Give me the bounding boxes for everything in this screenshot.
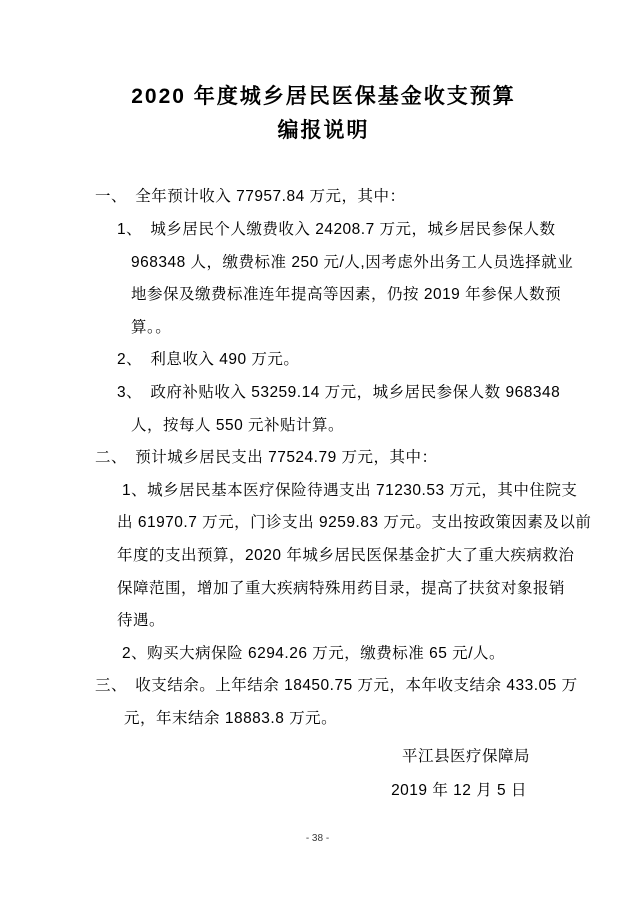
text-run: 、购买大病保险	[131, 645, 243, 662]
text-run: 、 政府补贴收入	[126, 384, 246, 401]
text-run: 968348	[501, 384, 561, 401]
text-run: 、城乡居民基本医疗保险待遇支出	[131, 482, 371, 499]
text-run: 元补贴计算。	[248, 417, 344, 434]
signature-date: 2019 年 12 月 5 日	[391, 782, 527, 799]
text-run: 5	[492, 782, 511, 799]
text-line: 人，按每人 550 元补贴计算。	[0, 410, 635, 443]
text-run: 二、 预计城乡居民支出	[95, 449, 263, 466]
text-run: 万元，缴费标准	[312, 645, 424, 662]
text-run: 18883.8	[220, 710, 289, 727]
text-line: 1、 城乡居民个人缴费收入 24208.7 万元，城乡居民参保人数	[0, 214, 635, 247]
text-run: 万元，城乡居民参保人数	[325, 384, 501, 401]
text-run: 人	[344, 254, 360, 271]
text-run: 人，按每人	[131, 417, 211, 434]
text-run: 2	[117, 351, 126, 368]
text-run: 12	[448, 782, 476, 799]
text-run: 三、 收支结余。上年结余	[95, 677, 279, 694]
text-run: 万元，其中：	[310, 188, 406, 205]
text-run: 万元，其中住院支	[449, 482, 577, 499]
document-title-line2: 编报说明	[12, 114, 635, 147]
text-run: 53259.14	[246, 384, 324, 401]
text-run: 年	[432, 782, 448, 799]
text-line: 二、 预计城乡居民支出 77524.79 万元，其中：	[0, 442, 635, 475]
text-run: 、 利息收入	[126, 351, 214, 368]
document-body: 一、 全年预计收入 77957.84 万元，其中：1、 城乡居民个人缴费收入 2…	[0, 181, 635, 735]
text-run: 2019	[419, 286, 465, 303]
text-run: 万元。支出按政策因素及以前	[383, 514, 591, 531]
text-run: 保障范围，增加了重大疾病特殊用药目录，提高了扶贫对象报销	[117, 580, 565, 597]
text-line: 1、城乡居民基本医疗保险待遇支出 71230.53 万元，其中住院支	[0, 475, 635, 508]
document-page: 2020 年度城乡居民医保基金收支预算 编报说明 一、 全年预计收入 77957…	[0, 0, 635, 898]
text-run: 9259.83	[314, 514, 383, 531]
document-title: 2020 年度城乡居民医保基金收支预算 编报说明	[0, 80, 635, 147]
text-run: 年城乡居民医保基金扩大了重大疾病救治	[286, 547, 574, 564]
text-run: 2020	[131, 85, 194, 108]
text-line: 968348 人，缴费标准 250 元/人,因考虑外出务工人员选择就业	[0, 247, 635, 280]
text-run: 平江县医疗保障局	[402, 748, 530, 765]
text-run: 元	[324, 254, 340, 271]
text-run: 18450.75	[279, 677, 357, 694]
text-line: 2、 利息收入 490 万元。	[0, 344, 635, 377]
text-run: - 38 -	[306, 833, 329, 844]
text-run: 3	[117, 384, 126, 401]
text-run: 968348	[131, 254, 191, 271]
text-run: 万元，其中：	[342, 449, 438, 466]
page-number: - 38 -	[0, 833, 635, 845]
text-run: 550	[211, 417, 248, 434]
text-run: 元，年末结余	[124, 710, 220, 727]
text-line: 一、 全年预计收入 77957.84 万元，其中：	[0, 181, 635, 214]
text-run: 65	[424, 645, 452, 662]
text-line: 出 61970.7 万元，门诊支出 9259.83 万元。支出按政策因素及以前	[0, 507, 635, 540]
text-line: 3、 政府补贴收入 53259.14 万元，城乡居民参保人数 968348	[0, 377, 635, 410]
text-run: 出	[117, 514, 133, 531]
text-run: 1	[117, 221, 126, 238]
text-line: 算。。	[0, 312, 635, 345]
text-run: 6294.26	[243, 645, 312, 662]
text-line: 地参保及缴费标准连年提高等因素，仍按 2019 年参保人数预	[0, 279, 635, 312]
text-run: 2019	[391, 782, 432, 799]
text-run: 61970.7	[133, 514, 202, 531]
text-run: 77957.84	[231, 188, 309, 205]
text-run: 万	[562, 677, 578, 694]
text-run: 万元，城乡居民参保人数	[380, 221, 556, 238]
text-line: 保障范围，增加了重大疾病特殊用药目录，提高了扶贫对象报销	[0, 573, 635, 606]
text-run: 1	[122, 482, 131, 499]
text-run: 一、 全年预计收入	[95, 188, 231, 205]
text-run: 24208.7	[310, 221, 379, 238]
text-run: 万元，本年收支结余	[358, 677, 502, 694]
text-run: 月	[476, 782, 492, 799]
text-run: 待遇。	[117, 612, 165, 629]
text-run: 2	[122, 645, 131, 662]
text-run: 2020	[245, 547, 286, 564]
text-run: 因考虑外出务工人员选择就业	[365, 254, 573, 271]
text-run: 、 城乡居民个人缴费收入	[126, 221, 310, 238]
signature-organization: 平江县医疗保障局	[402, 748, 530, 765]
text-run: 日	[511, 782, 527, 799]
text-run: 万元。	[251, 351, 299, 368]
text-run: 77524.79	[263, 449, 341, 466]
text-run: 地参保及缴费标准连年提高等因素，仍按	[131, 286, 419, 303]
text-line: 年度的支出预算，2020 年城乡居民医保基金扩大了重大疾病救治	[0, 540, 635, 573]
text-run: 年度城乡居民医保基金收支预算	[194, 84, 516, 108]
text-line: 2、购买大病保险 6294.26 万元，缴费标准 65 元/人。	[0, 638, 635, 671]
text-run: 490	[214, 351, 251, 368]
text-run: 年参保人数预	[465, 286, 561, 303]
text-line: 元，年末结余 18883.8 万元。	[0, 703, 635, 736]
text-run: 71230.53	[371, 482, 449, 499]
document-title-line1: 2020 年度城乡居民医保基金收支预算	[12, 80, 635, 114]
text-run: 250	[287, 254, 324, 271]
text-run: 人，缴费标准	[191, 254, 287, 271]
text-run: 编报说明	[278, 118, 370, 142]
text-run: 人。	[473, 645, 505, 662]
text-run: 算。。	[131, 319, 171, 336]
text-run: 元	[452, 645, 468, 662]
text-run: 433.05	[502, 677, 562, 694]
text-run: 万元，门诊支出	[202, 514, 314, 531]
text-line: 三、 收支结余。上年结余 18450.75 万元，本年收支结余 433.05 万	[0, 670, 635, 703]
text-line: 待遇。	[0, 605, 635, 638]
text-run: 万元。	[289, 710, 337, 727]
text-run: 年度的支出预算，	[117, 547, 245, 564]
